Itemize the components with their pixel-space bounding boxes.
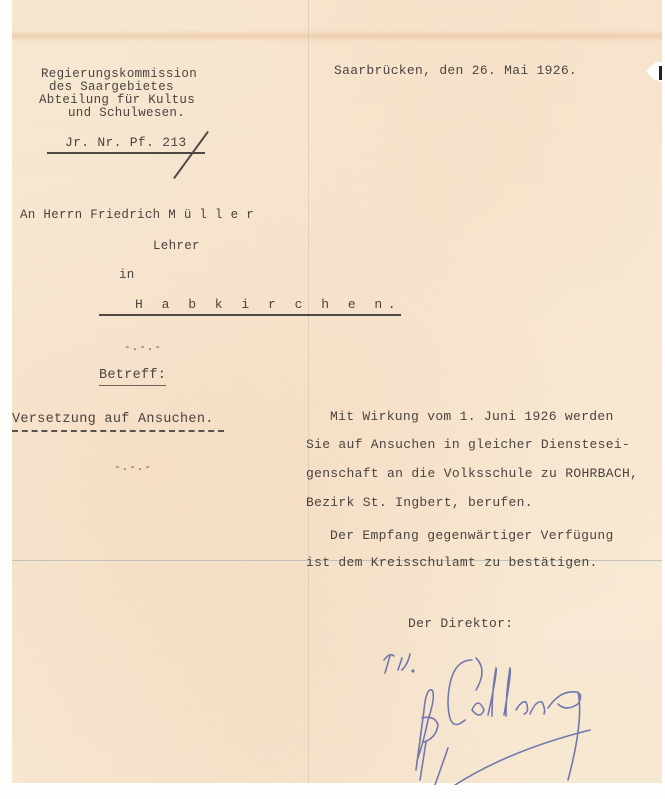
body-line-6: ist dem Kreisschulamt zu bestätigen. [306, 556, 598, 569]
paper-tear-shadow [659, 66, 662, 80]
reference-number: Jr. Nr. Pf. 213 [47, 136, 205, 154]
recipient-name: An Herrn Friedrich M ü l l e r [20, 209, 254, 222]
authority-line-4: und Schulwesen. [68, 107, 185, 120]
body-line-4: Bezirk St. Ingbert, berufen. [306, 496, 533, 509]
body-line-3: genschaft an die Volksschule zu ROHRBACH… [306, 467, 638, 480]
subject-label: Betreff: [99, 369, 166, 386]
authority-line-3: Abteilung für Kultus [39, 94, 195, 107]
recipient-in: in [119, 269, 135, 282]
signature-text: Colling [380, 630, 447, 635]
body-line-2: Sie auf Ansuchen in gleicher Dienstesei- [306, 438, 630, 451]
vertical-fold-line [308, 0, 309, 783]
recipient-profession: Lehrer [153, 240, 200, 253]
subject-text: Versetzung auf Ansuchen. [12, 413, 224, 432]
authority-line-2: des Saargebietes [49, 81, 174, 94]
separator-mark-2: -.-.- [114, 462, 152, 474]
closing-title: Der Direktor: [408, 617, 513, 630]
body-line-5: Der Empfang gegenwärtiger Verfügung [330, 529, 614, 542]
paper-crease [12, 30, 662, 42]
authority-line-1: Regierungskommission [41, 68, 197, 81]
signature: Colling [380, 630, 630, 785]
separator-mark-1: -.-.- [124, 342, 162, 354]
recipient-place: H a b k i r c h e n. [99, 298, 401, 316]
place-and-date: Saarbrücken, den 26. Mai 1926. [334, 64, 577, 77]
body-line-1: Mit Wirkung vom 1. Juni 1926 werden [330, 410, 614, 423]
